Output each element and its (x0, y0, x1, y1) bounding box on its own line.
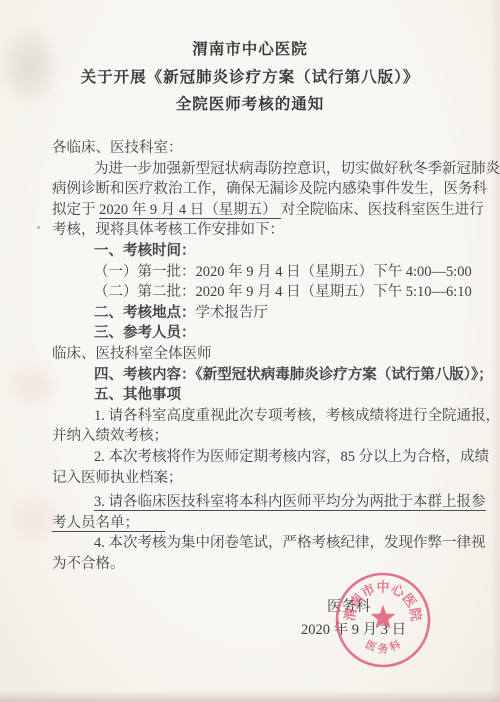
list-item-2: 2. 本次考核将作为医师定期考核内容，85 分以上为合格，成绩 (52, 447, 466, 468)
salutation: 各临床、医技科室： (52, 138, 466, 159)
seal-dept-char: 务 (378, 642, 389, 655)
seal-dept-char: 科 (387, 637, 403, 654)
underlined-exam-date: 2020 年 9 月 4 日（星期五） (99, 202, 281, 219)
paragraph-text: 拟定于 (52, 202, 99, 218)
underlined-roster-request: 3. 请各临床医技科室将本科内医师平均分为两批于本群上报参 (94, 494, 486, 511)
section-heading-participants: 三、参考人员： (52, 323, 466, 344)
list-item-4: 4. 本次考核为集中闭卷笔试，严格考核纪律，发现作弊一律视 (52, 533, 466, 554)
exam-batch-1: （一）第一批：2020 年 9 月 4 日（星期五）下午 4:00—5:00 (52, 262, 466, 283)
seal-dept-char: 医 (363, 638, 378, 654)
paragraph-line: 考核，现将具体考核工作安排如下： (52, 220, 466, 241)
scan-artifact-speck (37, 226, 40, 229)
participants-value: 临床、医技科室全体医师 (52, 344, 466, 365)
list-item-3-cont: 考人员名单； (52, 513, 466, 534)
section-location: 二、考核地点：学术报告厅 (52, 303, 466, 324)
exam-batch-2: （二）第二批：2020 年 9 月 4 日（星期五）下午 5:10—6:10 (52, 282, 466, 303)
content-value: 《新型冠状病毒肺炎诊疗方案（试行第八版）》； (196, 367, 493, 383)
document-body: 各临床、医技科室： 为进一步加强新型冠状病毒防控意识，切实做好秋冬季新冠肺炎 病… (52, 138, 466, 574)
section-heading-content: 四、考核内容： (94, 367, 196, 383)
title-subject-line: 关于开展《新冠肺炎诊疗方案（试行第八版）》 (0, 64, 500, 92)
document-title: 渭南市中心医院 关于开展《新冠肺炎诊疗方案（试行第八版）》 全院医师考核的通知 (0, 36, 500, 119)
scan-artifact-pink-smudge (14, 495, 56, 541)
section-content: 四、考核内容：《新型冠状病毒肺炎诊疗方案（试行第八版）》； (52, 365, 466, 386)
notice-document-page: 渭南市中心医院 关于开展《新冠肺炎诊疗方案（试行第八版）》 全院医师考核的通知 … (0, 0, 500, 702)
paragraph-line: 病例诊断和医疗救治工作，确保无漏诊及院内感染事件发生，医务科 (52, 179, 466, 200)
list-item-1-cont: 并纳入绩效考核； (52, 426, 466, 447)
paragraph-line: 为进一步加强新型冠状病毒防控意识，切实做好秋冬季新冠肺炎 (52, 159, 466, 180)
title-notice-line: 全院医师考核的通知 (0, 91, 500, 119)
seal-org-char: 院 (407, 607, 424, 622)
paragraph-line: 拟定于 2020 年 9 月 4 日（星期五）对全院临床、医技科室医生进行 (52, 200, 466, 221)
scan-artifact-pink-smudge (10, 365, 56, 405)
location-value: 学术报告厅 (196, 305, 269, 321)
list-item-1: 1. 请各科室高度重视此次专项考核，考核成绩将进行全院通报， (52, 406, 466, 427)
section-heading-other: 五、其他事项 (52, 385, 466, 406)
paragraph-text: 对全院临床、医技科室医生进行 (281, 202, 484, 218)
section-heading-time: 一、考核时间： (52, 241, 466, 262)
seal-star-icon (371, 605, 396, 629)
underlined-roster-request-cont: 考人员名单； (52, 515, 165, 532)
section-heading-location: 二、考核地点： (94, 305, 196, 321)
official-seal-stamp: 渭 南 市 中 心 医 院 医 务 科 (333, 570, 433, 670)
scan-edge-bottom (0, 690, 500, 702)
hospital-name: 渭南市中心医院 (0, 36, 500, 64)
seal-org-char: 中 (376, 580, 389, 595)
list-item-3: 3. 请各临床医技科室将本科内医师平均分为两批于本群上报参 (52, 492, 466, 513)
list-item-2-cont: 记入医师执业档案； (52, 468, 466, 489)
